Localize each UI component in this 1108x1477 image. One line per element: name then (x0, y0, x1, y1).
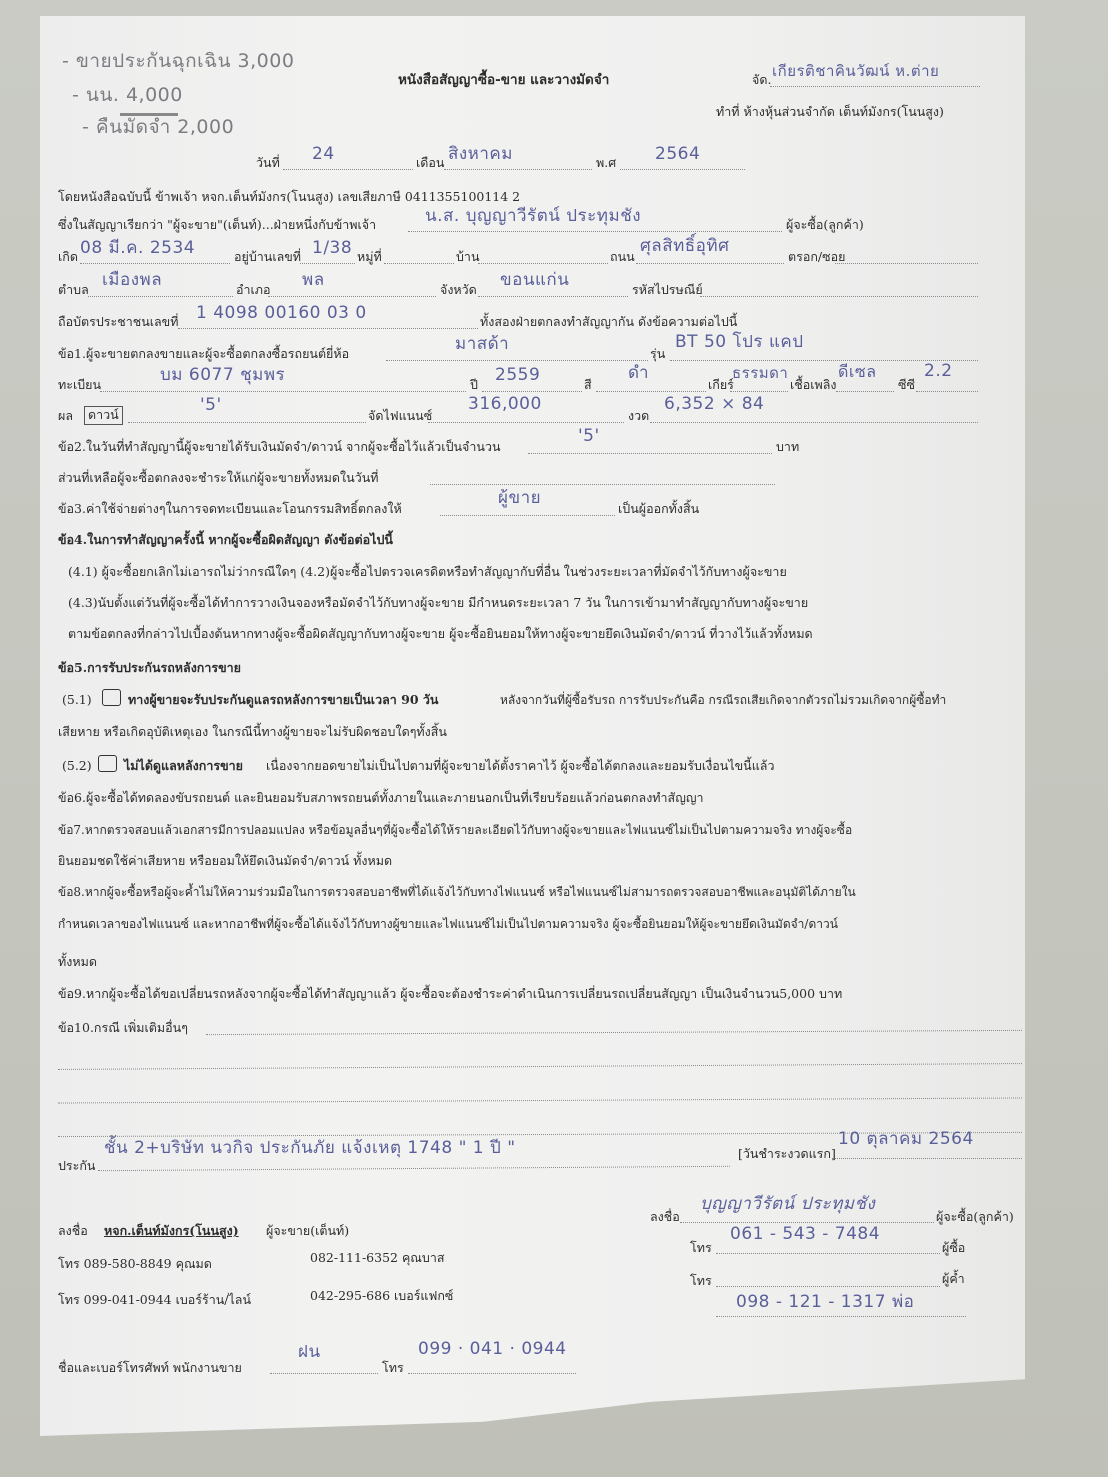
district-line (268, 296, 436, 297)
c2-rest-line (430, 484, 775, 485)
installment-line (650, 422, 978, 423)
buyer-phone-line (716, 1253, 940, 1254)
clause-5-2-checkbox[interactable] (98, 755, 117, 772)
clause-7b: ยินยอมชดใช้ค่าเสียหาย หรือยอมให้ยึดเงินม… (58, 855, 392, 868)
road-label: ถนน (610, 251, 635, 264)
buyer-sign-label: ลงชื่อ (650, 1211, 680, 1224)
note-line-3: - คืนมัดจำ 2,000 (82, 118, 234, 137)
subdistrict-line (88, 296, 233, 297)
born-label: เกิด (58, 251, 78, 264)
postcode-line (700, 296, 978, 297)
down-label: ดาวน์ (84, 406, 123, 425)
fuel-line (836, 391, 894, 392)
year-line (482, 391, 582, 392)
date-month-label: เดือน (416, 157, 444, 170)
color-label: สี (584, 379, 592, 392)
salesperson-name-line (270, 1373, 378, 1374)
buyer-sign-role: ผู้จะซื้อ(ลูกค้า) (936, 1211, 1014, 1224)
seller-sign-role: ผู้จะขาย(เต็นท์) (266, 1225, 349, 1238)
road-value: ศุลสิทธิ์อุทิศ (640, 238, 729, 255)
year-label: ปี (470, 379, 478, 392)
c3-party: ผู้ขาย (498, 490, 541, 507)
house-no: 1/38 (312, 240, 352, 257)
id-value: 1 4098 00160 03 0 (196, 305, 367, 322)
guarantor-phone: 098 - 121 - 1317 พ่อ (736, 1294, 914, 1311)
prepared-by-line (770, 86, 980, 87)
prepared-by-value: เกียรติชาคินวัฒน์ ห.ต่าย (772, 64, 939, 79)
road-line (636, 263, 784, 264)
gear: ธรรมดา (732, 366, 788, 381)
seller-sign-label: ลงชื่อ (58, 1225, 88, 1238)
buyer-label: ผู้จะซื้อ(ลูกค้า) (786, 219, 864, 232)
postcode-label: รหัสไปรษณีย์ (632, 284, 703, 297)
clause-4-1: (4.1) ผู้จะซื้อยกเลิกไม่เอารถไม่ว่ากรณีใ… (68, 566, 787, 579)
model: BT 50 โปร แคป (675, 334, 804, 351)
clause-5-title: ข้อ5.การรับประกันรถหลังการขาย (58, 662, 241, 675)
date-month-line (444, 169, 592, 170)
clause-5-1-num: (5.1) (62, 694, 92, 707)
subdistrict-label: ตำบล (58, 284, 89, 297)
c2-amount: '5' (578, 428, 600, 445)
guarantor-phone-line-2 (716, 1316, 966, 1317)
date-day: 24 (312, 146, 335, 163)
intro-text: โดยหนังสือฉบับนี้ ข้าพเจ้า หจก.เต็นท์มัง… (58, 191, 520, 204)
house-no-line (300, 263, 355, 264)
salesperson-phone-line (408, 1373, 576, 1374)
page-title: หนังสือสัญญาซื้อ-ขาย และวางมัดจำ (398, 74, 609, 88)
insurance-label: ประกัน (58, 1160, 95, 1173)
clause-2-rest: ส่วนที่เหลือผู้จะซื้อตกลงจะชำระให้แก่ผู้… (58, 472, 379, 485)
clause-5-2-num: (5.2) (62, 760, 92, 773)
c3-party-line (440, 515, 615, 516)
buyer-name-line (408, 231, 782, 232)
clause-6: ข้อ6.ผู้จะซื้อได้ทดลองขับรถยนต์ และยินยอ… (58, 792, 704, 805)
guarantor-role: ผู้ค้ำ (942, 1273, 965, 1286)
date-year-line (620, 169, 745, 170)
province: ขอนแก่น (500, 272, 569, 289)
note-line-2: - นน. 4,000 (72, 86, 183, 105)
down-prefix: ผล (58, 410, 73, 423)
fuel-label: เชื้อเพลิง (790, 379, 837, 392)
date-day-label: วันที่ (256, 157, 280, 170)
clause-7: ข้อ7.หากตรวจสอบแล้วเอกสารมีการปลอมแปลง ห… (58, 824, 852, 836)
c2-unit: บาท (776, 441, 799, 454)
soi-line (835, 263, 978, 264)
buyer-signature: บุญญาวีรัตน์ ประทุมชัง (700, 1196, 875, 1213)
c2-amount-line (528, 453, 772, 454)
district-label: อำเภอ (236, 284, 271, 297)
clause-5-1-checkbox[interactable] (102, 689, 121, 706)
salesperson-name: ฝน (298, 1344, 321, 1361)
clause-5-1b: เสียหาย หรือเกิดอุบัติเหตุเอง ในกรณีนี้ท… (58, 726, 447, 739)
salesperson-phone: 099 · 041 · 0944 (418, 1341, 567, 1358)
district: พล (302, 272, 325, 289)
c3-suffix: เป็นผู้ออกทั้งสิ้น (618, 503, 699, 516)
clause-1-text: ข้อ1.ผู้จะขายตกลงขายและผู้จะซื้อตกลงซื้อ… (58, 348, 349, 361)
prepared-by-label: จัด. (752, 74, 771, 87)
clause-5-1-text: หลังจากวันที่ผู้ซื้อรับรถ การรับประกันคื… (500, 694, 946, 706)
clause-10: ข้อ10.กรณี เพิ่มเติมอื่นๆ (58, 1022, 188, 1035)
clause-8: ข้อ8.หากผู้จะซื้อหรือผู้จะค้ำไม่ให้ความร… (58, 886, 856, 898)
finance-label: จัดไฟแนนซ์ (368, 410, 432, 423)
date-month: สิงหาคม (448, 146, 513, 163)
color-line (596, 391, 706, 392)
down-line (128, 422, 366, 423)
clause-9: ข้อ9.หากผู้จะซื้อได้ขอเปลี่ยนรถหลังจากผู… (58, 988, 842, 1001)
model-label: รุ่น (650, 348, 665, 361)
gear-line (730, 391, 788, 392)
village-line (478, 263, 608, 264)
year: 2559 (495, 367, 540, 384)
clause-5-2-bold: ไม่ได้ดูแลหลังการขาย (124, 760, 243, 773)
finance-line (428, 422, 624, 423)
brand-line (386, 360, 648, 361)
cc-line (916, 391, 978, 392)
cc-label: ซีซี (898, 379, 915, 392)
buyer-name: น.ส. บุญญาวีรัตน์ ประทุมชัง (425, 208, 641, 225)
down-value: '5' (200, 397, 222, 414)
salesperson-phone-label: โทร (382, 1362, 404, 1375)
salesperson-label: ชื่อและเบอร์โทรศัพท์ พนักงานขาย (58, 1362, 242, 1375)
clause-5-2-text: เนื่องจากยอดขายไม่เป็นไปตามที่ผู้จะขายได… (266, 760, 774, 773)
gear-label: เกียร์ (708, 379, 734, 392)
seller-phone-2: 082-111-6352 คุณบาส (310, 1252, 445, 1265)
installment-value: 6,352 × 84 (664, 396, 764, 413)
date-year: 2564 (655, 146, 700, 163)
clause-4-3b: ตามข้อตกลงที่กล่าวไปเบื้องต้นหากทางผู้จะ… (68, 628, 813, 641)
fuel: ดีเซล (838, 364, 877, 380)
clause-4-title: ข้อ4.ในการทำสัญญาครั้งนี้ หากผู้จะซื้อผิ… (58, 534, 393, 547)
moo-line (384, 263, 454, 264)
buyer-phone-label: โทร (690, 1242, 712, 1255)
first-payment-value: 10 ตุลาคม 2564 (838, 1131, 974, 1148)
buyer-phone: 061 - 543 - 7484 (730, 1226, 880, 1243)
seller-phone-3: โทร 099-041-0944 เบอร์ร้าน/ไลน์ (58, 1294, 251, 1307)
seller-phone-4: 042-295-686 เบอร์แฟกซ์ (310, 1290, 453, 1303)
clause-8c: ทั้งหมด (58, 956, 97, 969)
clause-4-3: (4.3)นับตั้งแต่วันที่ผู้จะซื้อได้ทำการวา… (68, 597, 808, 610)
soi-label: ตรอก/ซอย (788, 251, 845, 264)
insurance-value: ชั้น 2+บริษัท นวกิจ ประกันภัย แจ้งเหตุ 1… (104, 1140, 516, 1157)
plate: บม 6077 ชุมพร (160, 367, 285, 384)
province-label: จังหวัด (440, 284, 477, 297)
guarantor-phone-label: โทร (690, 1275, 712, 1288)
clause-3-text: ข้อ3.ค่าใช้จ่ายต่างๆในการจดทะเบียนและโอน… (58, 503, 402, 516)
seller-phone-1: โทร 089-580-8849 คุณมด (58, 1258, 212, 1271)
first-payment-label: [วันชำระงวดแรก] (738, 1148, 836, 1161)
clause-8b: กำหนดเวลาของไฟแนนซ์ และหากอาชีพที่ผู้จะซ… (58, 918, 838, 930)
installment-label: งวด (628, 410, 649, 423)
id-label: ถือบัตรประชาชนเลขที่ (58, 316, 178, 329)
id-line (178, 328, 478, 329)
born-line (80, 263, 230, 264)
seller-sign-name: หจก.เต็นท์มังกร(โนนสูง) (104, 1225, 239, 1238)
plate-label: ทะเบียน (58, 379, 101, 392)
agree-text: ทั้งสองฝ่ายตกลงทำสัญญากัน ดังข้อความต่อไ… (480, 316, 737, 329)
clause-2-text: ข้อ2.ในวันที่ทำสัญญานี้ผู้จะขายได้รับเงิ… (58, 441, 501, 454)
date-day-line (283, 169, 413, 170)
plate-line (100, 391, 466, 392)
buyer-sign-line (680, 1222, 934, 1223)
village-label: บ้าน (456, 251, 480, 264)
cc: 2.2 (924, 363, 953, 380)
date-year-label: พ.ศ (596, 157, 616, 170)
first-payment-line (832, 1158, 1022, 1159)
brand: มาสด้า (455, 336, 509, 353)
seller-text: ซึ่งในสัญญาเรียกว่า "ผู้จะขาย"(เต็นท์)..… (58, 219, 376, 232)
clause-5-1-bold: ทางผู้ขายจะรับประกันดูแลรถหลังการขายเป็น… (128, 694, 438, 707)
guarantor-phone-line (716, 1286, 940, 1287)
house-no-label: อยู่บ้านเลขที่ (234, 251, 301, 264)
born-value: 08 มี.ค. 2534 (80, 240, 195, 257)
place-text: ทำที่ ห้างหุ้นส่วนจำกัด เต็นท์มังกร(โนนส… (716, 106, 944, 119)
color: ดำ (628, 365, 649, 382)
subdistrict: เมืองพล (102, 272, 162, 289)
note-line-1: - ขายประกันฉุกเฉิน 3,000 (62, 52, 294, 71)
province-line (478, 296, 628, 297)
buyer-phone-role: ผู้ซื้อ (942, 1242, 965, 1255)
finance-value: 316,000 (468, 396, 542, 413)
moo-label: หมู่ที่ (357, 251, 382, 264)
